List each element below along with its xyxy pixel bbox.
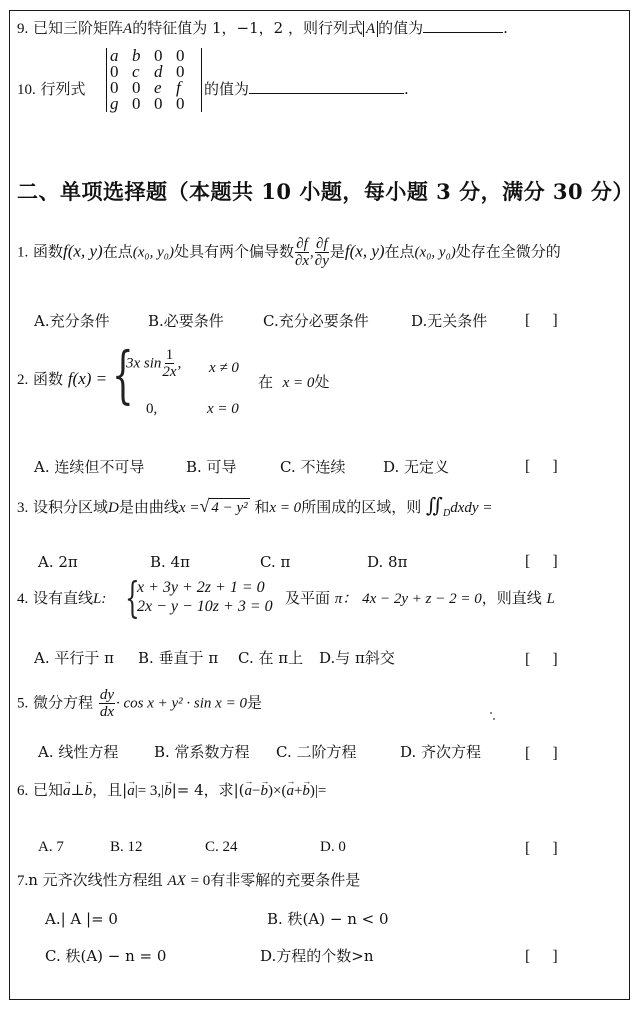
question-1-stem: 1. 函数f(x, y)在点(x₀, y₀)处具有两个偏导数∂f∂x,∂f∂y是… <box>17 236 561 269</box>
stem-text: 在 <box>258 373 273 391</box>
fraction: 12x <box>162 347 176 380</box>
option-b[interactable]: B. 4π <box>150 553 190 571</box>
stem-text: )|= <box>310 783 326 799</box>
matrix-cell: 0 <box>154 96 176 112</box>
vector-b: b <box>302 782 310 800</box>
option-c[interactable]: C. 不连续 <box>280 458 345 476</box>
math-expr: (x₀, y₀) <box>133 245 174 261</box>
denominator: ∂y <box>315 253 329 269</box>
option-c[interactable]: C. 在 π上 <box>238 649 303 667</box>
stem-text: 函数 <box>33 243 63 261</box>
option-b[interactable]: B. 12 <box>110 838 143 856</box>
option-b[interactable]: B. 垂直于 π <box>138 649 218 667</box>
sqrt-radicand: 4 − y² <box>209 498 249 517</box>
vector-a: a <box>245 782 253 800</box>
fill-question-10-tail: 的值为. <box>204 80 409 98</box>
comma: , <box>178 356 182 372</box>
stem-text: 是 <box>330 243 345 261</box>
option-d[interactable]: D. 齐次方程 <box>400 743 481 761</box>
matrix-var: A <box>123 21 132 37</box>
vector-b: b <box>164 782 172 800</box>
stem-text: |= 4，求|( <box>172 781 245 799</box>
fill-question-10-label: 10. 行列式 <box>17 80 86 99</box>
option-a[interactable]: A. 线性方程 <box>38 743 118 761</box>
option-d[interactable]: D. 无定义 <box>383 458 449 476</box>
matrix-cell: g <box>110 96 132 112</box>
question-text: 的值为 <box>378 19 423 37</box>
stem-text: ，且| <box>92 781 127 799</box>
question-2-stem: 2. 函数 f(x) = <box>17 370 107 389</box>
scan-speck <box>490 712 492 714</box>
stem-text: 函数 <box>33 370 63 388</box>
math-expr: dxdy = <box>450 500 492 516</box>
determinant-matrix: ab00 0cd0 00ef g000 <box>106 48 202 116</box>
stem-text: |= 3,| <box>135 783 164 799</box>
option-c[interactable]: C. π <box>260 553 290 571</box>
math-expr: L: <box>93 591 106 607</box>
stem-text: 是 <box>247 694 262 712</box>
stem-text: 在点 <box>385 243 415 261</box>
matrix-cell: 0 <box>176 96 198 112</box>
stem-text: 已知 <box>33 781 63 799</box>
vector-a: a <box>286 782 294 800</box>
option-b[interactable]: B.必要条件 <box>148 312 224 330</box>
stem-text: 处 <box>314 373 329 391</box>
period: . <box>503 19 508 37</box>
math-expr: L <box>547 591 555 607</box>
numerator: dy <box>99 687 115 704</box>
question-number: 6. <box>17 783 28 799</box>
question-6-stem: 6. 已知a⊥b，且|a|= 3,|b|= 4，求|(a−b)×(a+b)|= <box>17 781 326 800</box>
math-expr: x = <box>179 500 200 516</box>
option-d[interactable]: D. 0 <box>320 838 346 856</box>
math-expr: x = 0 <box>283 375 315 391</box>
piecewise-case-1: 3x sin12x, <box>126 347 181 380</box>
stem-text: 所围成的区域，则 <box>301 498 421 516</box>
question-text: 的值为 <box>204 80 249 98</box>
stem-text: 和 <box>254 498 269 516</box>
question-2-tail: 在 x = 0处 <box>258 373 329 392</box>
option-c[interactable]: C. 24 <box>205 838 238 856</box>
option-d[interactable]: D.与 π斜交 <box>319 649 395 667</box>
answer-bracket[interactable]: [] <box>525 651 558 669</box>
option-d[interactable]: D.无关条件 <box>411 312 487 330</box>
question-number: 10. <box>17 82 36 98</box>
answer-blank[interactable] <box>423 19 503 33</box>
answer-bracket[interactable]: [] <box>525 745 558 763</box>
stem-text: n 元齐次线性方程组 <box>28 871 162 889</box>
determinant-A: A <box>363 21 378 37</box>
stem-text: 及平面 <box>285 589 330 607</box>
math-expr: = 0 <box>191 873 211 889</box>
equation-line-2: 2x − y − 10z + 3 = 0 <box>137 598 273 616</box>
stem-text: 是由曲线 <box>119 498 179 516</box>
case-condition: x = 0 <box>207 400 239 418</box>
double-integral-icon: ∬ <box>426 495 443 517</box>
option-b[interactable]: B. 秩(A) − n < 0 <box>267 910 389 928</box>
question-number: 2. <box>17 372 28 388</box>
stem-text: ，则直线 <box>482 589 542 607</box>
option-d[interactable]: D. 8π <box>367 553 407 571</box>
numerator: ∂f <box>295 236 309 253</box>
stem-text: 在点 <box>103 243 133 261</box>
numerator: ∂f <box>315 236 329 253</box>
operator: )×( <box>268 783 286 799</box>
question-text: 行列式 <box>41 80 86 98</box>
stem-text: 设有直线 <box>33 589 93 607</box>
question-number: 3. <box>17 500 28 516</box>
math-expr: 3x sin <box>126 356 161 372</box>
perp-symbol: ⊥ <box>71 783 85 799</box>
partial-fraction: ∂f∂y <box>315 236 329 269</box>
stem-text: 微分方程 <box>33 694 93 712</box>
vector-a: a <box>63 782 71 800</box>
question-number: 1. <box>17 245 28 261</box>
denominator: 2x <box>162 364 176 380</box>
stem-text: 有非零解的充要条件是 <box>210 871 360 889</box>
option-d[interactable]: D.方程的个数>n <box>260 947 374 965</box>
answer-bracket[interactable]: [] <box>525 840 558 858</box>
option-a[interactable]: A.充分条件 <box>34 312 110 330</box>
option-a[interactable]: A. 7 <box>38 838 64 856</box>
question-text: 已知三阶矩阵 <box>33 19 123 37</box>
answer-bracket[interactable]: [] <box>525 458 558 476</box>
math-expr: AX <box>167 873 185 889</box>
denominator: dx <box>100 704 114 720</box>
math-expr: f(x) = <box>68 369 107 388</box>
stem-text: 处具有两个偏导数 <box>174 243 294 261</box>
vector-b: b <box>261 782 269 800</box>
option-c[interactable]: C.充分必要条件 <box>263 312 369 330</box>
section-heading: 二、单项选择题（本题共 10 小题，每小题 3 分，满分 30 分） <box>17 180 634 204</box>
option-a[interactable]: A.| A |= 0 <box>45 910 118 928</box>
question-number: 5. <box>17 696 28 712</box>
answer-bracket[interactable]: [] <box>525 312 558 330</box>
math-expr: x = 0 <box>269 500 301 516</box>
math-expr: π： <box>335 591 358 607</box>
option-a[interactable]: A. 连续但不可导 <box>34 458 144 476</box>
question-text: 的特征值为 1，−1，2 ，则行列式 <box>132 19 363 37</box>
question-number: 9. <box>17 21 28 37</box>
case-value: 0, <box>146 400 157 418</box>
derivative-fraction: dydx <box>99 687 115 720</box>
stem-text: 设积分区域 <box>33 498 108 516</box>
question-7-stem: 7.n 元齐次线性方程组 AX = 0有非零解的充要条件是 <box>17 871 360 890</box>
numerator: 1 <box>165 347 175 364</box>
math-expr: · cos x + y² · sin x = 0 <box>116 696 247 712</box>
option-c[interactable]: C. 秩(A) − n = 0 <box>45 947 166 965</box>
answer-blank[interactable] <box>249 80 404 94</box>
vector-a: a <box>127 782 135 800</box>
math-expr: f(x, y) <box>63 242 103 261</box>
math-expr: (x₀, y₀) <box>415 245 456 261</box>
option-a[interactable]: A. 2π <box>38 553 78 571</box>
question-5-stem: 5. 微分方程 dydx· cos x + y² · sin x = 0是 <box>17 687 262 720</box>
period: . <box>404 80 409 98</box>
partial-fraction: ∂f∂x <box>295 236 309 269</box>
question-4-stem: 4. 设有直线L: <box>17 589 106 608</box>
option-c[interactable]: C. 二阶方程 <box>276 743 356 761</box>
scan-speck <box>493 718 495 720</box>
matrix-cell: 0 <box>132 96 154 112</box>
denominator: ∂x <box>295 253 309 269</box>
fill-question-9: 9. 已知三阶矩阵A的特征值为 1，−1，2 ，则行列式A的值为. <box>17 19 508 38</box>
vector-b: b <box>85 782 93 800</box>
answer-bracket[interactable]: [] <box>525 553 558 571</box>
stem-text: 处存在全微分的 <box>456 243 561 261</box>
math-expr: 4x − 2y + z − 2 = 0 <box>362 591 482 607</box>
question-number: 7. <box>17 873 28 889</box>
question-number: 4. <box>17 591 28 607</box>
equation-line-1: x + 3y + 2z + 1 = 0 <box>137 579 265 597</box>
option-b[interactable]: B. 常系数方程 <box>154 743 250 761</box>
math-expr: D <box>108 500 119 516</box>
option-b[interactable]: B. 可导 <box>186 458 237 476</box>
question-3-stem: 3. 设积分区域D是由曲线x =√4 − y² 和x = 0所围成的区域，则 ∬… <box>17 497 492 523</box>
answer-bracket[interactable]: [] <box>525 948 558 966</box>
math-expr: f(x, y) <box>345 242 385 261</box>
option-a[interactable]: A. 平行于 π <box>34 649 114 667</box>
question-4-tail: 及平面 π： 4x − 2y + z − 2 = 0，则直线 L <box>285 589 555 608</box>
case-condition: x ≠ 0 <box>209 359 239 377</box>
